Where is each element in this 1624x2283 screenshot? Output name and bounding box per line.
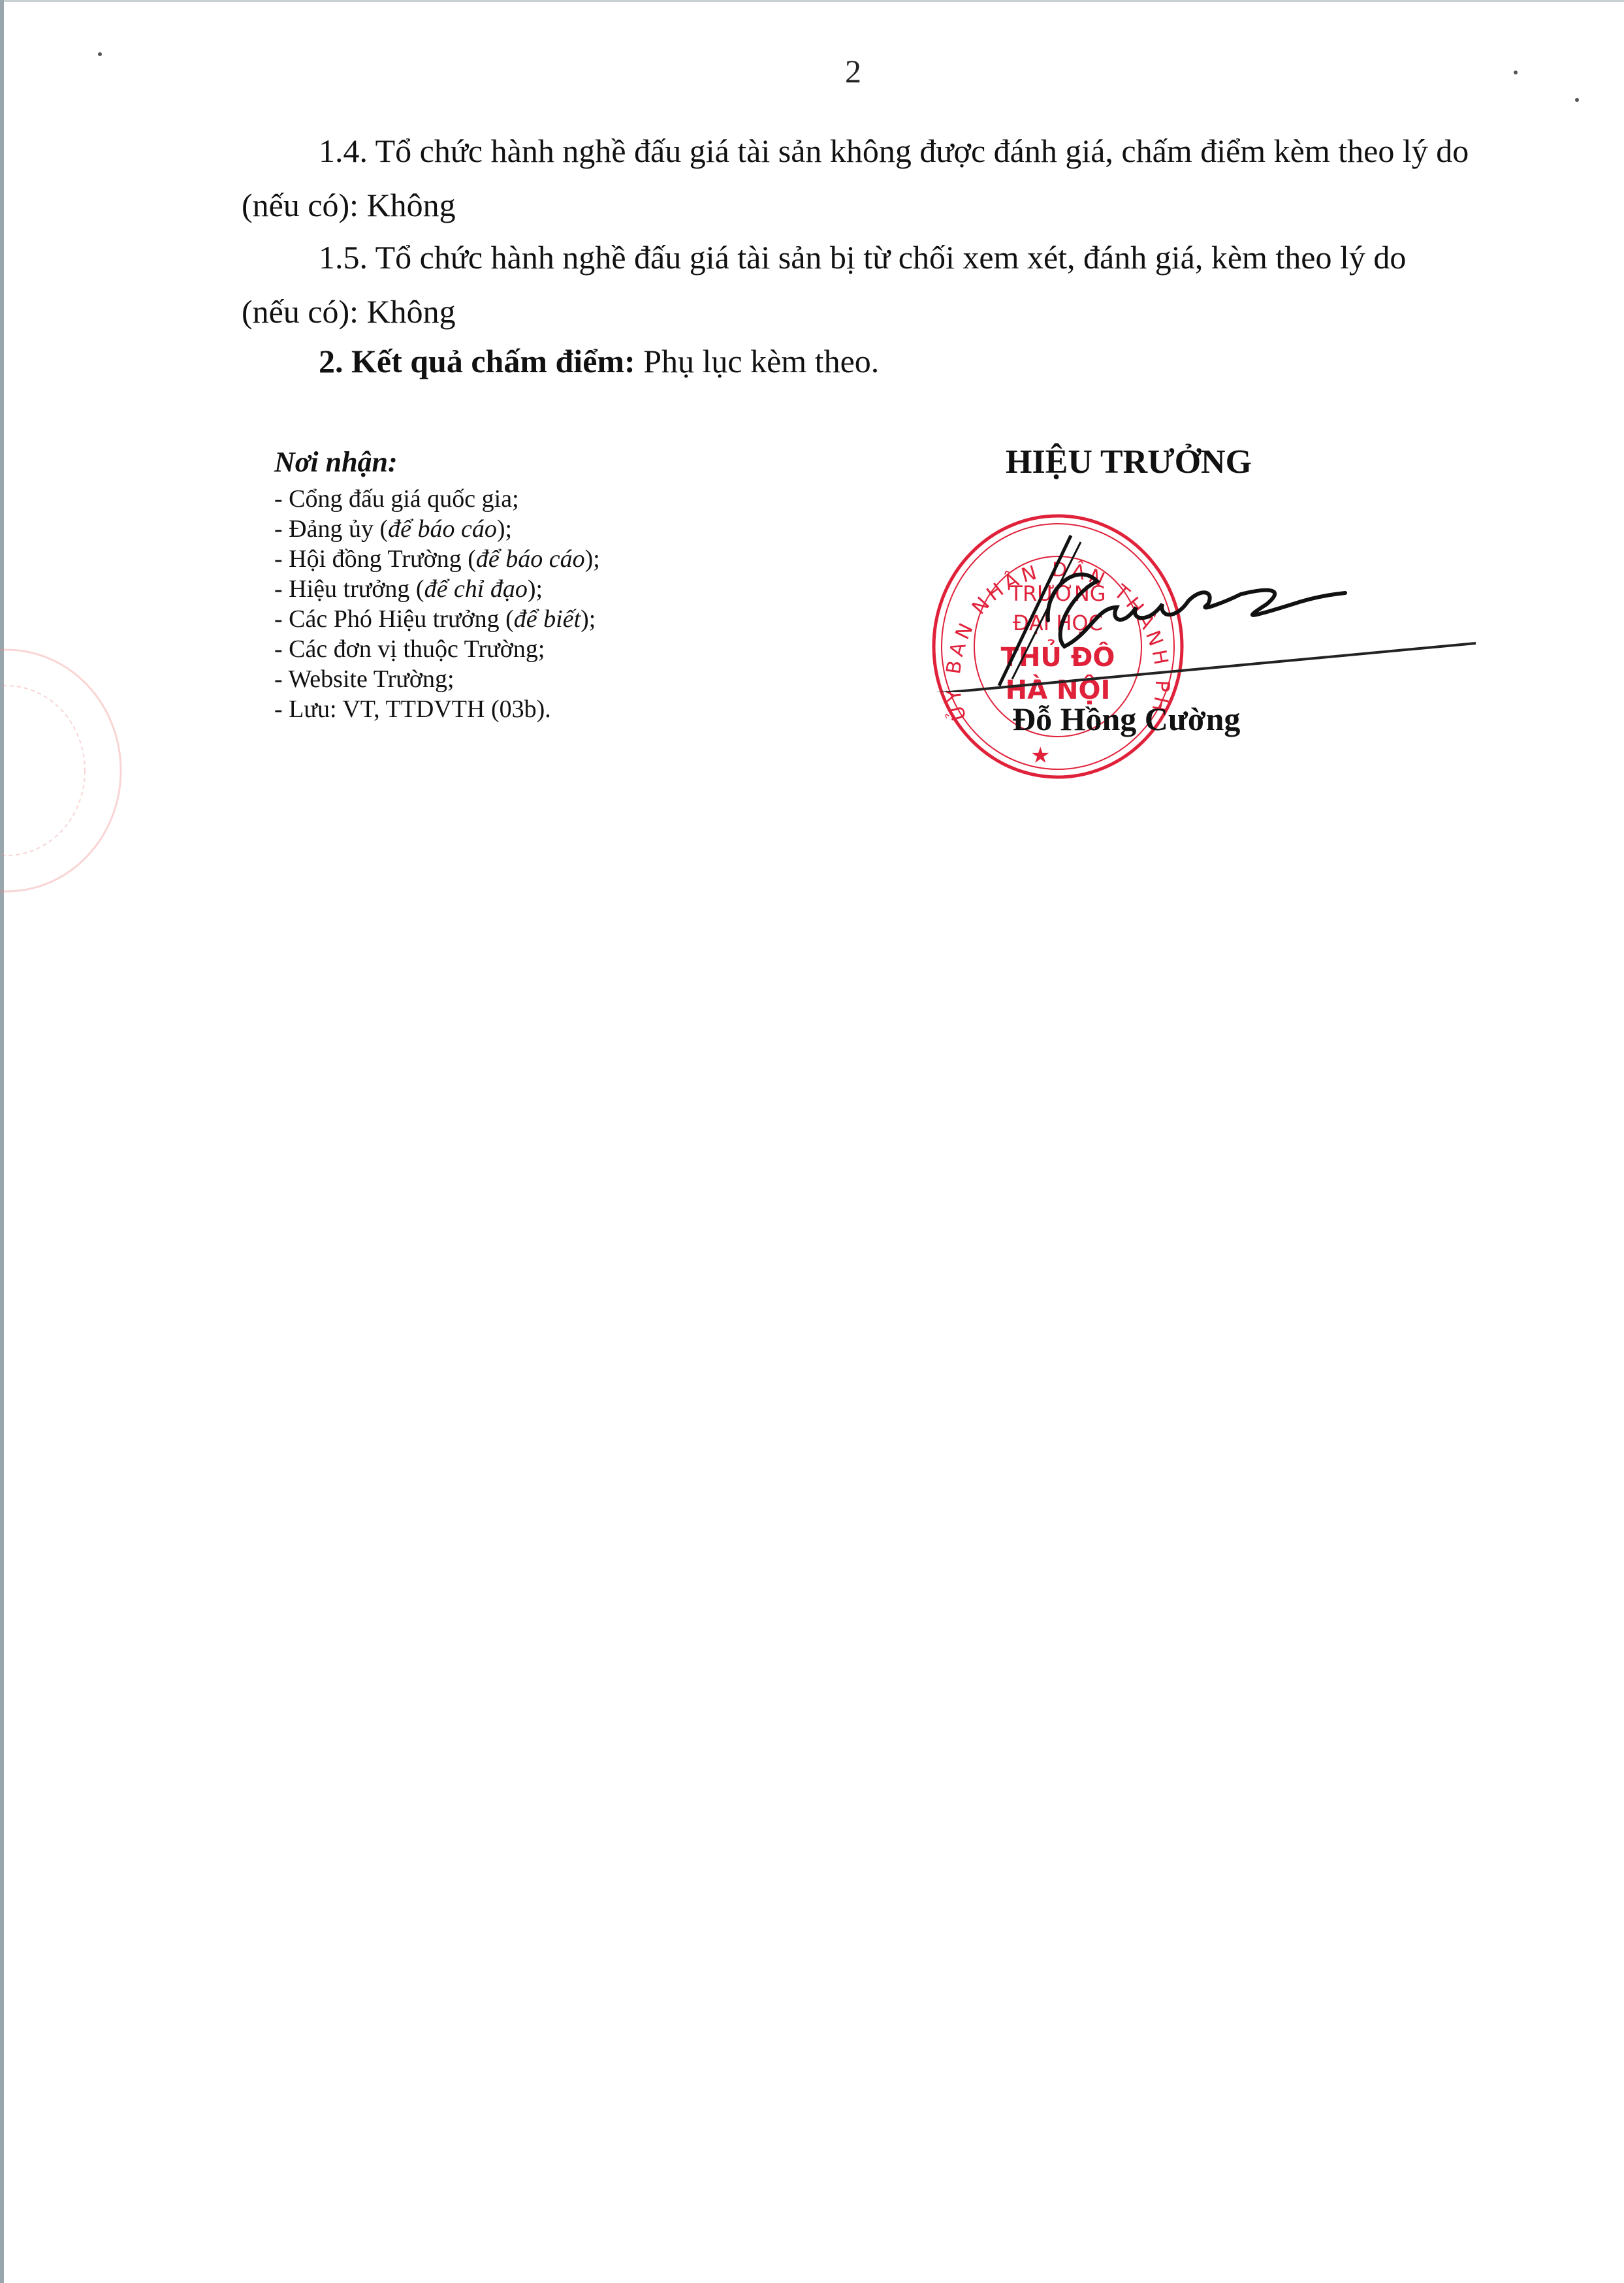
paragraph-2-result: 2. Kết quả chấm điểm: Phụ lục kèm theo.: [242, 334, 1469, 389]
page-left-edge: [0, 0, 4, 2283]
signer-title: HIỆU TRƯỞNG: [1006, 443, 1252, 481]
page-top-edge: [0, 0, 1624, 2]
svg-text:★: ★: [1030, 742, 1050, 769]
recipient-item: - Lưu: VT, TTDVTH (03b).: [274, 694, 600, 724]
page-number: 2: [845, 52, 861, 90]
scan-speck: [98, 52, 102, 56]
recipients-block: Nơi nhận: - Cổng đấu giá quốc gia;- Đảng…: [274, 447, 600, 724]
result-value: Phụ lục kèm theo.: [635, 343, 880, 379]
recipient-item: - Các Phó Hiệu trưởng (để biết);: [274, 604, 600, 634]
scan-speck: [1514, 71, 1518, 74]
recipients-title: Nơi nhận:: [274, 447, 600, 477]
recipient-item: - Các đơn vị thuộc Trường;: [274, 634, 600, 664]
faded-seal-icon: [0, 640, 131, 901]
recipient-item: - Website Trường;: [274, 664, 600, 694]
recipient-item: - Hiệu trưởng (để chỉ đạo);: [274, 574, 600, 604]
recipient-item: - Cổng đấu giá quốc gia;: [274, 484, 600, 514]
paragraph-1-5: 1.5. Tổ chức hành nghề đấu giá tài sản b…: [242, 231, 1469, 339]
scan-speck: [1575, 98, 1579, 102]
handwritten-signature-icon: [901, 522, 1489, 692]
recipient-item: - Đảng ủy (để báo cáo);: [274, 514, 600, 544]
signer-name: Đỗ Hồng Cường: [1012, 700, 1240, 738]
recipient-item: - Hội đồng Trường (để báo cáo);: [274, 544, 600, 574]
recipient-list: - Cổng đấu giá quốc gia;- Đảng ủy (để bá…: [274, 484, 600, 724]
paragraph-1-4: 1.4. Tổ chức hành nghề đấu giá tài sản k…: [242, 124, 1469, 232]
result-label: 2. Kết quả chấm điểm:: [319, 343, 635, 379]
